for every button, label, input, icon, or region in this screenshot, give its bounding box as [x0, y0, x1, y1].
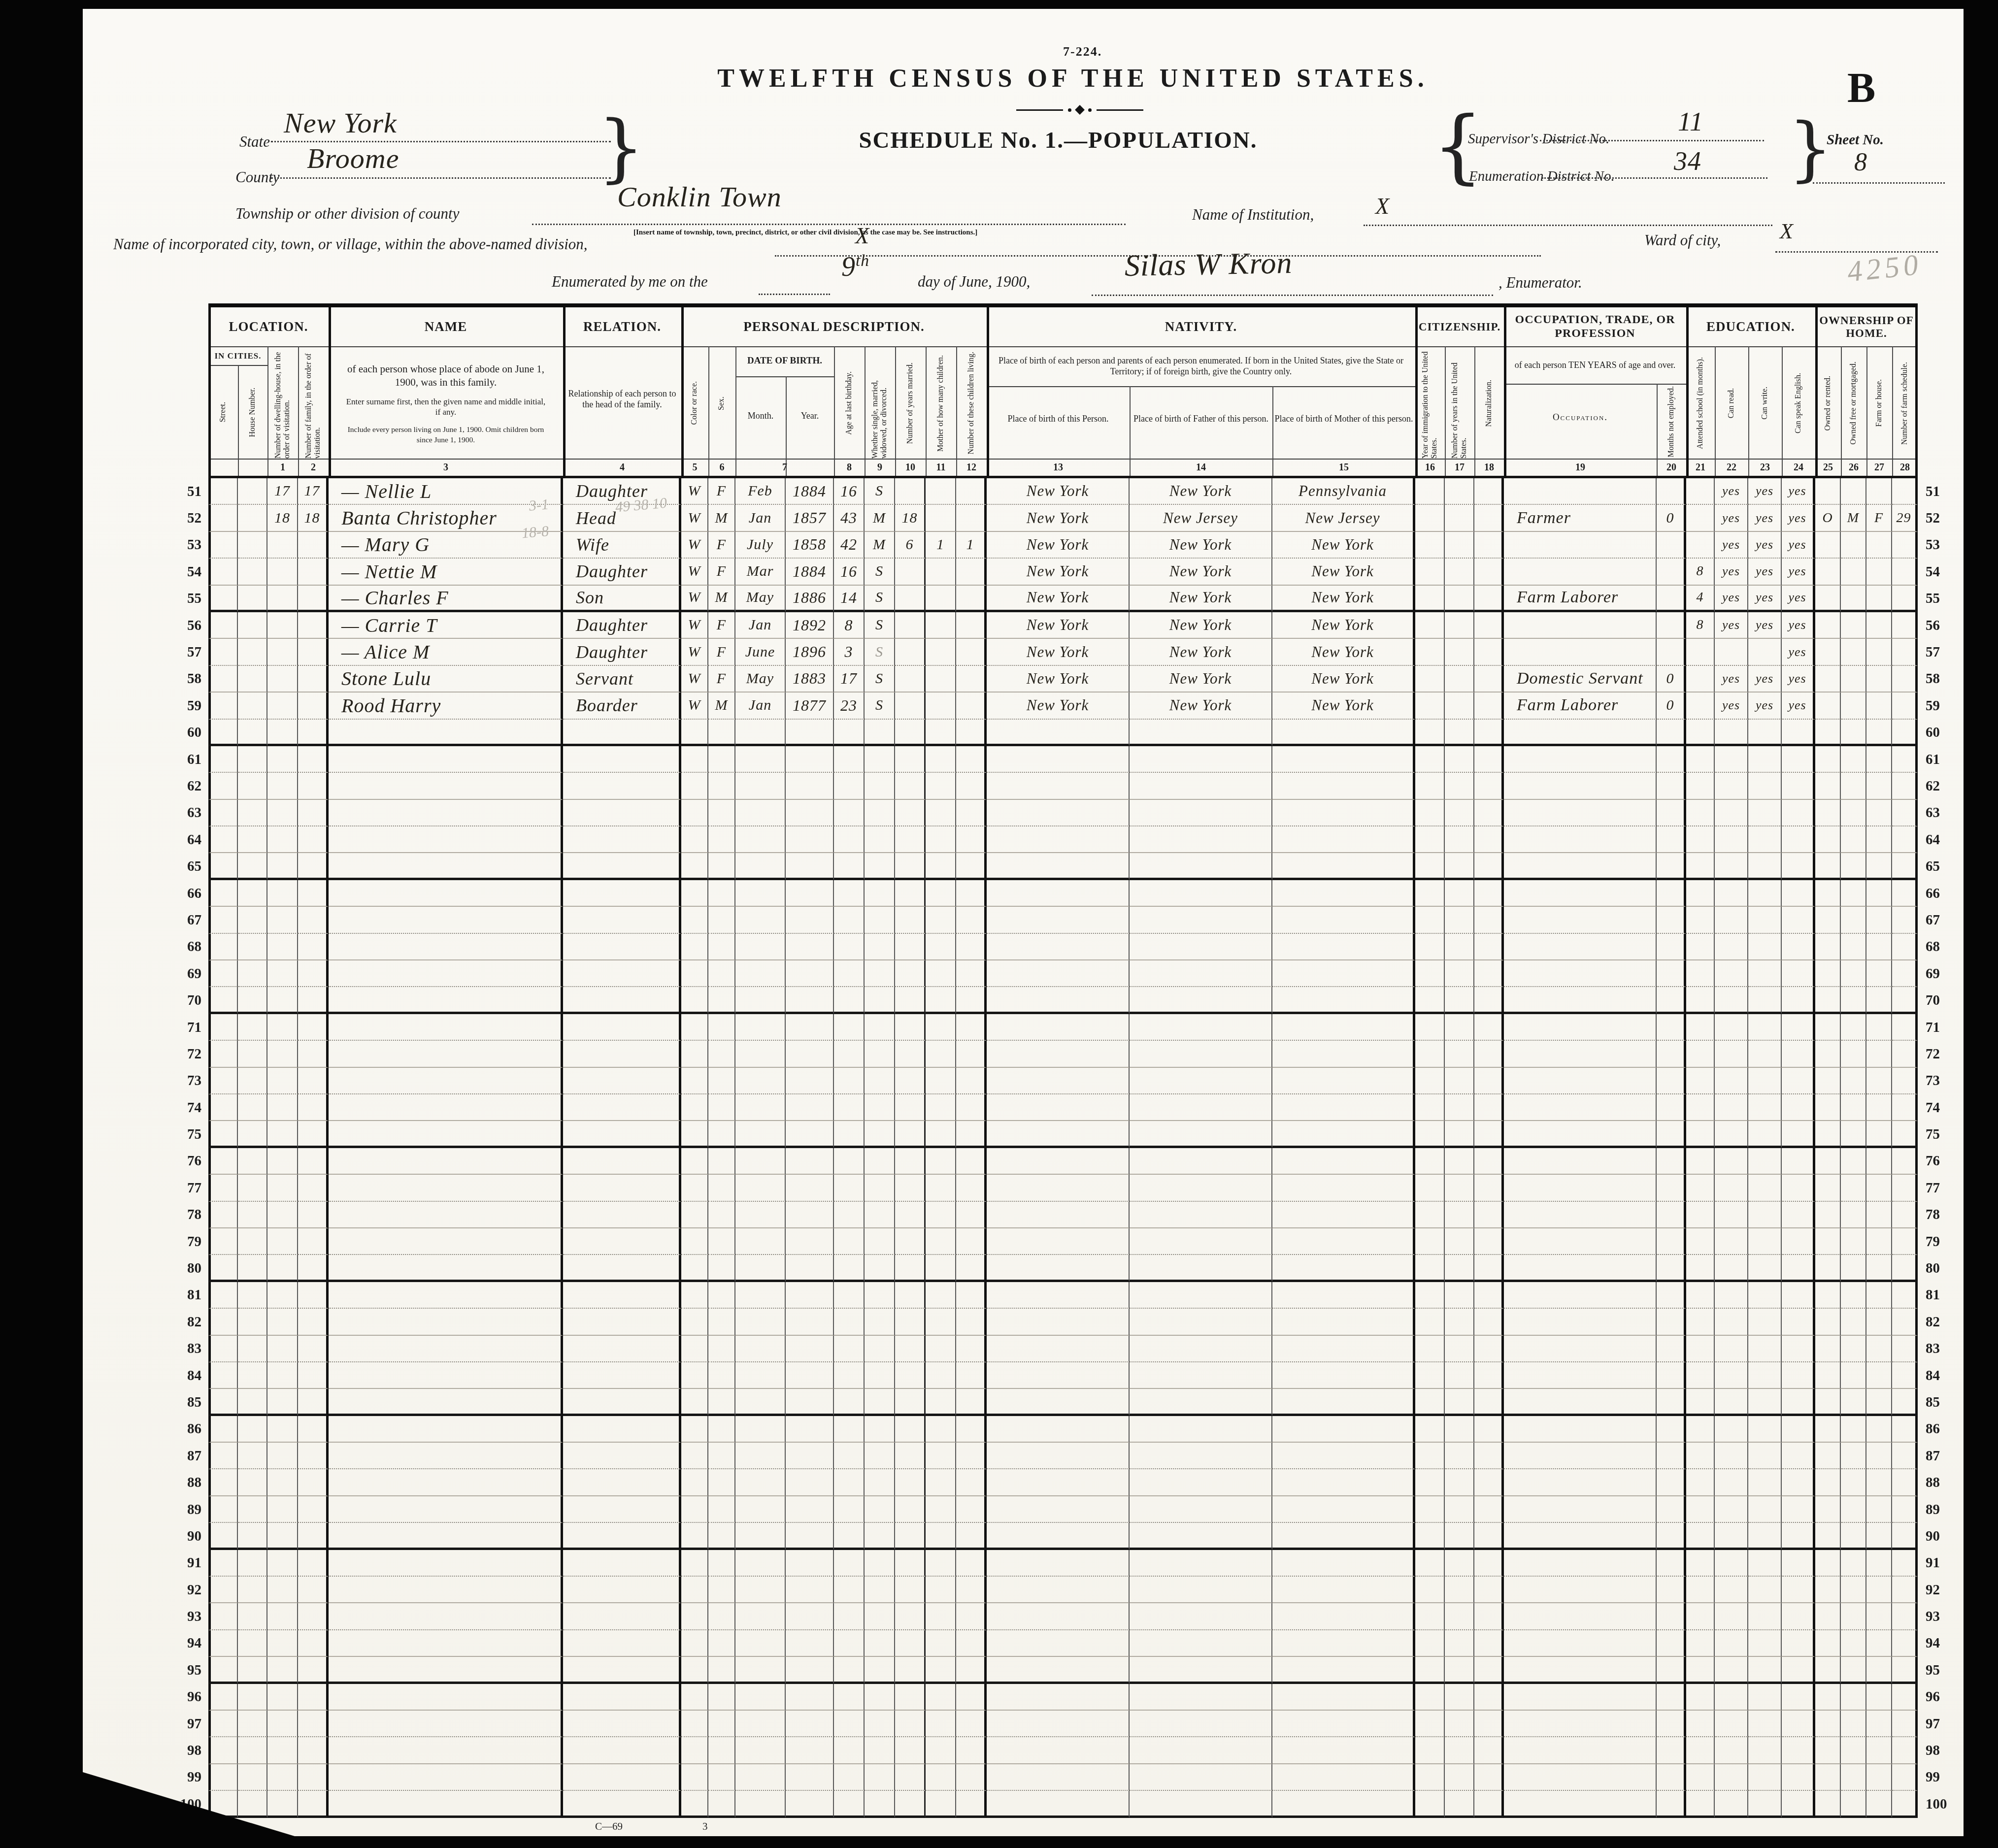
cell-dwelling: [267, 720, 298, 746]
cell-children: [926, 1469, 956, 1496]
cell-pob: [987, 907, 1130, 933]
cell-color: [681, 1657, 708, 1683]
cell-marital: [865, 1336, 895, 1362]
cell-farm_house: [1866, 1014, 1892, 1041]
cell-farm_schedule: [1892, 1014, 1918, 1041]
cell-children: [926, 1255, 956, 1282]
cell-yrs_us: [1445, 1416, 1474, 1443]
cell-read: [1715, 1550, 1748, 1577]
cell-farm_schedule: [1892, 1443, 1918, 1469]
cell-month: [735, 1603, 786, 1630]
cell-pob_mother: [1272, 1014, 1415, 1041]
cell-mortgage: [1841, 693, 1866, 719]
cell-yrs_married: [895, 478, 926, 505]
cell-pob_father: [1130, 1255, 1272, 1282]
cell-children: [926, 1121, 956, 1148]
cell-farm_house: [1866, 907, 1892, 933]
cell-living: [956, 1469, 987, 1496]
cell-yrs_married: [895, 1148, 926, 1175]
entry-month: Mar: [747, 563, 774, 580]
supervisors-rule: [1540, 140, 1764, 141]
cell-name: Stone Lulu: [329, 666, 563, 693]
cell-n_right: 59: [1918, 693, 1947, 719]
cell-year: [786, 1657, 834, 1683]
cell-naturalization: [1474, 1228, 1504, 1255]
cell-occupation: [1504, 720, 1657, 746]
cell-school: [1686, 1148, 1715, 1175]
cell-naturalization: [1474, 1764, 1504, 1791]
cell-farm_schedule: [1892, 612, 1918, 639]
cell-farm_house: [1866, 826, 1892, 853]
cell-naturalization: [1474, 934, 1504, 960]
cell-months_unemployed: [1657, 1228, 1686, 1255]
cell-marital: S: [865, 693, 895, 719]
cell-mortgage: [1841, 987, 1866, 1014]
cell-age: 43: [834, 505, 865, 531]
entry-sex: M: [715, 697, 728, 714]
cell-naturalization: [1474, 1362, 1504, 1389]
cell-age: 42: [834, 532, 865, 559]
cell-relation: [563, 1764, 681, 1791]
cell-months_unemployed: [1657, 1550, 1686, 1577]
cell-relation: [563, 1469, 681, 1496]
entry-sex: F: [717, 617, 726, 633]
entry-marital: S: [875, 589, 883, 606]
cell-months_unemployed: 0: [1657, 505, 1686, 531]
cell-family: [298, 1496, 329, 1523]
cell-yrs_us: [1445, 639, 1474, 665]
cell-pob: [987, 853, 1130, 880]
cell-pob_mother: [1272, 1711, 1415, 1737]
entry-pob: New York: [1027, 670, 1089, 688]
cell-n_right: 88: [1918, 1469, 1947, 1496]
cell-month: [735, 720, 786, 746]
cell-naturalization: [1474, 853, 1504, 880]
cell-mortgage: [1841, 853, 1866, 880]
cell-pob: [987, 720, 1130, 746]
cell-sex: [708, 1202, 735, 1228]
cell-n_right: 57: [1918, 639, 1947, 665]
cell-owned: [1815, 960, 1841, 987]
cell-age: [834, 1041, 865, 1067]
cell-color: [681, 1389, 708, 1416]
cell-months_unemployed: [1657, 1711, 1686, 1737]
cell-yrs_married: [895, 1630, 926, 1657]
cell-month: [735, 1550, 786, 1577]
column-header-school: Attended school (in months).: [1686, 348, 1715, 459]
cell-school: [1686, 1791, 1715, 1817]
cell-yrs_married: [895, 1469, 926, 1496]
cell-color: [681, 1550, 708, 1577]
cell-read: [1715, 826, 1748, 853]
column-header-immigration: Year of immigration to the United States…: [1415, 348, 1445, 459]
cell-n_left: 66: [181, 880, 208, 907]
cell-yrs_married: [895, 1336, 926, 1362]
cell-age: 3: [834, 639, 865, 665]
column-number: 14: [1130, 460, 1272, 476]
column-header-dwelling: Number of dwelling-house, in the order o…: [267, 348, 298, 459]
cell-name: [329, 1603, 563, 1630]
cell-age: 8: [834, 612, 865, 639]
cell-color: [681, 907, 708, 933]
cell-naturalization: [1474, 1282, 1504, 1309]
cell-english: [1782, 1737, 1815, 1764]
cell-farm_house: [1866, 639, 1892, 665]
cell-house: [238, 1255, 267, 1282]
column-header-color: Color or race.: [681, 348, 708, 459]
cell-naturalization: [1474, 1094, 1504, 1121]
cell-write: [1748, 746, 1782, 773]
entry-age: 14: [840, 589, 857, 607]
cell-dwelling: [267, 1443, 298, 1469]
cell-family: [298, 1550, 329, 1577]
cell-yrs_married: [895, 960, 926, 987]
entry-year: 1857: [793, 509, 826, 527]
cell-naturalization: [1474, 693, 1504, 719]
cell-yrs_us: [1445, 1121, 1474, 1148]
cell-english: [1782, 960, 1815, 987]
cell-pob: New York: [987, 505, 1130, 531]
cell-months_unemployed: [1657, 800, 1686, 826]
cell-mortgage: [1841, 1362, 1866, 1389]
cell-english: [1782, 773, 1815, 799]
cell-occupation: [1504, 987, 1657, 1014]
cell-house: [238, 1496, 267, 1523]
cell-months_unemployed: 0: [1657, 693, 1686, 719]
cell-read: [1715, 1309, 1748, 1335]
cell-family: [298, 960, 329, 987]
cell-age: [834, 1684, 865, 1711]
cell-relation: [563, 1550, 681, 1577]
cell-english: [1782, 1657, 1815, 1683]
entry-year: 1883: [793, 669, 826, 688]
cell-farm_house: [1866, 1791, 1892, 1817]
cell-school: 8: [1686, 612, 1715, 639]
entry-color: W: [688, 617, 701, 633]
cell-english: [1782, 1711, 1815, 1737]
cell-months_unemployed: [1657, 1523, 1686, 1550]
cell-yrs_us: [1445, 1094, 1474, 1121]
cell-children: [926, 1202, 956, 1228]
cell-marital: S: [865, 559, 895, 585]
cell-color: [681, 1577, 708, 1603]
cell-farm_schedule: [1892, 1202, 1918, 1228]
entry-living: 1: [966, 536, 974, 553]
entry-write: yes: [1756, 537, 1773, 552]
cell-school: [1686, 1577, 1715, 1603]
cell-living: [956, 1175, 987, 1201]
cell-house: [238, 478, 267, 505]
cell-age: [834, 1469, 865, 1496]
cell-pob_mother: [1272, 1764, 1415, 1791]
cell-write: [1748, 1041, 1782, 1067]
cell-name: [329, 1389, 563, 1416]
cell-mortgage: [1841, 1469, 1866, 1496]
cell-months_unemployed: [1657, 1469, 1686, 1496]
cell-school: [1686, 1202, 1715, 1228]
cell-immigration: [1415, 1684, 1445, 1711]
cell-family: [298, 853, 329, 880]
cell-english: [1782, 720, 1815, 746]
entry-name: — Carrie T: [329, 614, 437, 637]
cell-n_right: 78: [1918, 1202, 1947, 1228]
cell-name: [329, 1630, 563, 1657]
cell-age: [834, 1094, 865, 1121]
column-number: 11: [926, 460, 956, 476]
cell-n_left: 94: [181, 1630, 208, 1657]
entry-farm_house: F: [1874, 510, 1883, 526]
cell-sex: [708, 1336, 735, 1362]
cell-color: [681, 826, 708, 853]
cell-pob: [987, 880, 1130, 907]
cell-pob: [987, 1309, 1130, 1335]
cell-school: [1686, 1014, 1715, 1041]
census-table: LOCATION.NAMERELATION.PERSONAL DESCRIPTI…: [181, 303, 1947, 1818]
cell-dwelling: [267, 1469, 298, 1496]
cell-write: [1748, 1389, 1782, 1416]
cell-pob: [987, 1282, 1130, 1309]
cell-n_right: 54: [1918, 559, 1947, 585]
cell-marital: [865, 1764, 895, 1791]
cell-naturalization: [1474, 960, 1504, 987]
cell-family: 18: [298, 505, 329, 531]
cell-pob: [987, 1336, 1130, 1362]
cell-pob: New York: [987, 532, 1130, 559]
cell-year: [786, 1068, 834, 1094]
cell-pob_father: [1130, 1309, 1272, 1335]
cell-pob_mother: [1272, 1737, 1415, 1764]
township-rule: [532, 224, 1126, 225]
cell-relation: [563, 1657, 681, 1683]
cell-street: [208, 960, 238, 987]
cell-naturalization: [1474, 532, 1504, 559]
cell-occupation: [1504, 478, 1657, 505]
cell-yrs_us: [1445, 1764, 1474, 1791]
column-number: 26: [1841, 460, 1866, 476]
cell-school: [1686, 1309, 1715, 1335]
cell-farm_schedule: [1892, 1416, 1918, 1443]
cell-year: [786, 1309, 834, 1335]
cell-read: [1715, 1469, 1748, 1496]
cell-english: [1782, 1228, 1815, 1255]
cell-living: [956, 987, 987, 1014]
cell-color: W: [681, 612, 708, 639]
enumeration-rule: [1542, 177, 1767, 179]
cell-n_right: 62: [1918, 773, 1947, 799]
cell-living: [956, 934, 987, 960]
cell-yrs_married: [895, 1737, 926, 1764]
entry-months_unemployed: 0: [1666, 510, 1674, 527]
cell-sex: [708, 1175, 735, 1201]
cell-age: 16: [834, 559, 865, 585]
cell-age: [834, 1389, 865, 1416]
cell-year: [786, 1094, 834, 1121]
cell-naturalization: [1474, 1443, 1504, 1469]
cell-pob_mother: [1272, 1068, 1415, 1094]
cell-month: [735, 1791, 786, 1817]
entry-pob: New York: [1027, 482, 1089, 500]
cell-english: [1782, 1014, 1815, 1041]
cell-pob_father: [1130, 1094, 1272, 1121]
cell-n_left: 90: [181, 1523, 208, 1550]
cell-farm_schedule: [1892, 907, 1918, 933]
cell-dwelling: [267, 853, 298, 880]
cell-marital: [865, 853, 895, 880]
column-header-house: House Number.: [238, 366, 267, 459]
table-row: 8282: [181, 1309, 1947, 1335]
cell-occupation: [1504, 1550, 1657, 1577]
cell-owned: [1815, 1550, 1841, 1577]
entry-read: yes: [1722, 564, 1740, 579]
cell-owned: [1815, 478, 1841, 505]
cell-year: [786, 987, 834, 1014]
column-header-children: Mother of how many children.: [926, 348, 956, 459]
cell-living: 1: [956, 532, 987, 559]
cell-dwelling: [267, 639, 298, 665]
column-number: 16: [1415, 460, 1445, 476]
cell-marital: [865, 1175, 895, 1201]
table-row: 521818Banta Christopher3-1Head49 38 10WM…: [181, 505, 1947, 531]
cell-yrs_married: [895, 1684, 926, 1711]
column-header-read: Can read.: [1715, 348, 1748, 459]
cell-dwelling: [267, 1657, 298, 1683]
cell-year: 1858: [786, 532, 834, 559]
entry-relation: Head: [563, 508, 616, 528]
cell-write: [1748, 1443, 1782, 1469]
sheet-rule: [1813, 182, 1945, 184]
cell-pob_father: [1130, 1737, 1272, 1764]
cell-months_unemployed: [1657, 773, 1686, 799]
cell-year: 1892: [786, 612, 834, 639]
cell-school: [1686, 880, 1715, 907]
cell-relation: [563, 1684, 681, 1711]
cell-write: [1748, 1791, 1782, 1817]
cell-pob: [987, 1443, 1130, 1469]
column-header-age: Age at last birthday.: [834, 348, 865, 459]
table-row: 57— Alice MDaughterWFJune18963SNew YorkN…: [181, 639, 1947, 665]
cell-relation: [563, 773, 681, 799]
cell-relation: [563, 826, 681, 853]
cell-n_left: 71: [181, 1014, 208, 1041]
cell-read: yes: [1715, 666, 1748, 693]
cell-pob_mother: [1272, 1362, 1415, 1389]
cell-color: [681, 880, 708, 907]
table-row: 7979: [181, 1228, 1947, 1255]
entry-read: yes: [1722, 484, 1740, 498]
cell-month: [735, 934, 786, 960]
cell-color: W: [681, 505, 708, 531]
column-header-text: Mother of how many children.: [936, 355, 945, 452]
cell-pob_father: [1130, 1711, 1272, 1737]
cell-relation: [563, 1255, 681, 1282]
cell-yrs_us: [1445, 1282, 1474, 1309]
column-number: 8: [834, 460, 865, 476]
cell-dwelling: [267, 586, 298, 612]
entry-year: 1886: [793, 589, 826, 607]
cell-name: [329, 1362, 563, 1389]
cell-n_left: 61: [181, 746, 208, 773]
cell-english: [1782, 1336, 1815, 1362]
cell-months_unemployed: [1657, 639, 1686, 665]
cell-month: [735, 907, 786, 933]
cell-name: [329, 1737, 563, 1764]
cell-dwelling: [267, 1416, 298, 1443]
entry-pob_mother: New York: [1311, 670, 1374, 688]
cell-months_unemployed: [1657, 612, 1686, 639]
cell-month: [735, 960, 786, 987]
cell-owned: [1815, 1121, 1841, 1148]
cell-children: [926, 1603, 956, 1630]
cell-owned: [1815, 1389, 1841, 1416]
cell-write: [1748, 1496, 1782, 1523]
cell-n_left: 63: [181, 800, 208, 826]
cell-owned: [1815, 1443, 1841, 1469]
cell-name: [329, 800, 563, 826]
cell-months_unemployed: [1657, 559, 1686, 585]
cell-name: — Charles F: [329, 586, 563, 612]
column-header-text: Number of years married.: [906, 363, 915, 444]
cell-children: [926, 1068, 956, 1094]
cell-dwelling: [267, 1737, 298, 1764]
cell-family: [298, 586, 329, 612]
cell-pob: [987, 1630, 1130, 1657]
cell-year: [786, 1282, 834, 1309]
table-row: 8484: [181, 1362, 1947, 1389]
cell-occupation: [1504, 746, 1657, 773]
cell-read: [1715, 1255, 1748, 1282]
cell-read: yes: [1715, 532, 1748, 559]
cell-mortgage: [1841, 1094, 1866, 1121]
cell-occupation: [1504, 1469, 1657, 1496]
cell-write: [1748, 1121, 1782, 1148]
cell-name: Rood Harry: [329, 693, 563, 719]
cell-children: [926, 1041, 956, 1067]
column-number: 12: [956, 460, 987, 476]
entry-sex: M: [715, 510, 728, 527]
cell-living: [956, 880, 987, 907]
cell-month: [735, 1282, 786, 1309]
cell-family: [298, 773, 329, 799]
cell-occupation: [1504, 1255, 1657, 1282]
cell-n_left: 81: [181, 1282, 208, 1309]
cell-pob: [987, 1523, 1130, 1550]
cell-occupation: [1504, 826, 1657, 853]
cell-farm_schedule: [1892, 826, 1918, 853]
cell-pob_mother: [1272, 987, 1415, 1014]
cell-write: [1748, 960, 1782, 987]
column-number: 18: [1474, 460, 1504, 476]
cell-dwelling: [267, 1711, 298, 1737]
cell-mortgage: [1841, 1496, 1866, 1523]
cell-dwelling: [267, 960, 298, 987]
cell-sex: [708, 800, 735, 826]
cell-relation: [563, 1523, 681, 1550]
form-number: 7-224.: [1063, 44, 1102, 59]
entry-month: July: [747, 536, 773, 553]
enumerated-rule-1: [759, 294, 830, 295]
cell-sex: F: [708, 639, 735, 665]
cell-mortgage: [1841, 586, 1866, 612]
cell-year: [786, 1764, 834, 1791]
sheet-side-letter: B: [1847, 63, 1875, 112]
column-number: 27: [1866, 460, 1892, 476]
cell-yrs_married: [895, 720, 926, 746]
cell-months_unemployed: [1657, 720, 1686, 746]
cell-naturalization: [1474, 1416, 1504, 1443]
cell-street: [208, 1362, 238, 1389]
cell-name: — Nettie M: [329, 559, 563, 585]
column-header-mortgage: Owned free or mortgaged.: [1841, 348, 1866, 459]
